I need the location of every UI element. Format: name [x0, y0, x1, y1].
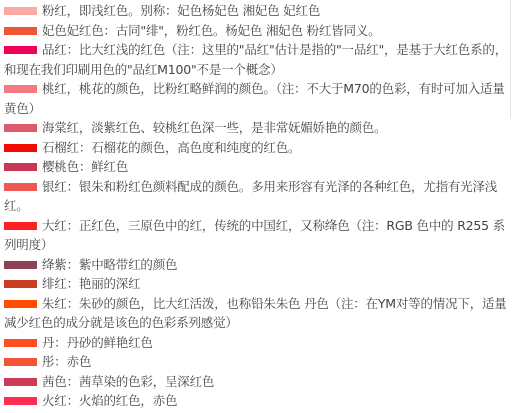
color-swatch	[4, 339, 37, 347]
color-description: 妃色妃红色：古同"绯"，粉红色。杨妃色 湘妃色 粉红皆同义。	[42, 23, 380, 38]
color-description: 樱桃色：鲜红色	[42, 159, 128, 174]
color-swatch	[4, 222, 37, 230]
color-list: 粉红，即浅红色。别称：妃色杨妃色 湘妃色 妃红色 妃色妃红色：古同"绯"，粉红色…	[4, 1, 508, 411]
color-swatch	[4, 163, 37, 171]
color-swatch	[4, 261, 37, 269]
color-description: 火红：火焰的红色，赤色	[42, 393, 177, 408]
color-description: 桃红，桃花的颜色，比粉红略鲜润的颜色。（注：不大于M70的色彩，有时可加入适量黄…	[4, 81, 505, 116]
color-description: 丹：丹砂的鲜艳红色	[42, 335, 153, 350]
color-reference-document: 粉红，即浅红色。别称：妃色杨妃色 湘妃色 妃红色 妃色妃红色：古同"绯"，粉红色…	[0, 0, 512, 413]
color-description: 绯红：艳丽的深红	[42, 276, 140, 291]
color-swatch	[4, 85, 37, 93]
color-description: 海棠红，淡紫红色、较桃红色深一些，是非常妩媚娇艳的颜色。	[42, 120, 386, 135]
color-entry-zhuhong: 朱红：朱砂的颜色，比大红活泼，也称铅朱朱色 丹色（注：在YM对等的情况下，适量减…	[4, 294, 508, 333]
color-swatch	[4, 183, 37, 191]
color-entry-feihong: 绯红：艳丽的深红	[4, 274, 508, 294]
color-swatch	[4, 397, 37, 405]
color-description: 石榴红：石榴花的颜色，高色度和纯度的红色。	[42, 140, 300, 155]
color-entry-shiliuhong: 石榴红：石榴花的颜色，高色度和纯度的红色。	[4, 138, 508, 158]
color-swatch	[4, 378, 37, 386]
color-swatch	[4, 46, 37, 54]
color-swatch	[4, 27, 37, 35]
color-entry-dan: 丹：丹砂的鲜艳红色	[4, 333, 508, 353]
color-entry-yinhong: 银红：银朱和粉红色颜料配成的颜色。多用来形容有光泽的各种红色，尤指有光泽浅红。	[4, 177, 508, 216]
color-entry-jiangzi: 绛紫：紫中略带红的颜色	[4, 255, 508, 275]
color-description: 朱红：朱砂的颜色，比大红活泼，也称铅朱朱色 丹色（注：在YM对等的情况下，适量减…	[4, 296, 507, 331]
color-description: 茜色：茜草染的色彩，呈深红色	[42, 374, 214, 389]
color-description: 银红：银朱和粉红色颜料配成的颜色。多用来形容有光泽的各种红色，尤指有光泽浅红。	[4, 179, 497, 214]
color-entry-pinhong: 品红：比大红浅的红色（注：这里的"品红"估计是指的"一品红"，是基于大红色系的，…	[4, 40, 508, 79]
color-swatch	[4, 7, 37, 15]
color-entry-tong: 彤：赤色	[4, 352, 508, 372]
color-swatch	[4, 280, 37, 288]
color-description: 绛紫：紫中略带红的颜色	[42, 257, 177, 272]
color-description: 粉红，即浅红色。别称：妃色杨妃色 湘妃色 妃红色	[42, 3, 320, 18]
color-description: 彤：赤色	[42, 354, 91, 369]
color-description: 大红：正红色，三原色中的红，传统的中国红，又称绛色（注：RGB 色中的 R255…	[4, 218, 505, 253]
color-swatch	[4, 124, 37, 132]
color-entry-haitanghong: 海棠红，淡紫红色、较桃红色深一些，是非常妩媚娇艳的颜色。	[4, 118, 508, 138]
color-swatch	[4, 358, 37, 366]
color-entry-qianse: 茜色：茜草染的色彩，呈深红色	[4, 372, 508, 392]
color-swatch	[4, 300, 37, 308]
color-entry-feise: 妃色妃红色：古同"绯"，粉红色。杨妃色 湘妃色 粉红皆同义。	[4, 21, 508, 41]
color-description: 品红：比大红浅的红色（注：这里的"品红"估计是指的"一品红"，是基于大红色系的，…	[4, 42, 507, 77]
color-swatch	[4, 144, 37, 152]
color-entry-taohong: 桃红，桃花的颜色，比粉红略鲜润的颜色。（注：不大于M70的色彩，有时可加入适量黄…	[4, 79, 508, 118]
color-entry-fenhong: 粉红，即浅红色。别称：妃色杨妃色 湘妃色 妃红色	[4, 1, 508, 21]
color-entry-huohong: 火红：火焰的红色，赤色	[4, 391, 508, 411]
color-entry-dahong: 大红：正红色，三原色中的红，传统的中国红，又称绛色（注：RGB 色中的 R255…	[4, 216, 508, 255]
color-entry-yingtaose: 樱桃色：鲜红色	[4, 157, 508, 177]
page-edge-divider	[510, 0, 511, 118]
